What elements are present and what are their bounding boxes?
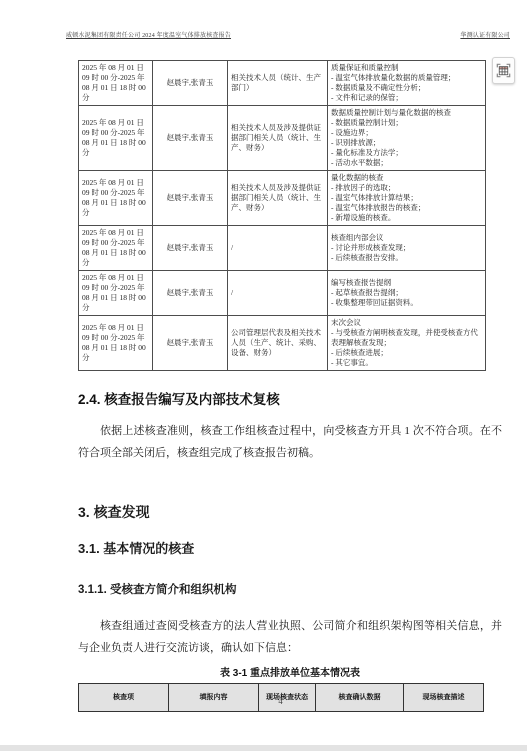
- schedule-table: 2025 年 08 月 01 日 09 时 00 分-2025 年 08 月 0…: [78, 60, 486, 371]
- schedule-content-line: - 设施边界；: [331, 128, 482, 138]
- schedule-row: 2025 年 08 月 01 日 09 时 00 分-2025 年 08 月 0…: [79, 316, 486, 371]
- schedule-time-cell: 2025 年 08 月 01 日 09 时 00 分-2025 年 08 月 0…: [79, 61, 153, 106]
- schedule-content-cell: 编写核查报告提纲- 起草核查报告提纲；- 收集整理带回证据资料。: [328, 271, 486, 316]
- schedule-content-cell: 核查组内部会议- 讨论并形成核查发现；- 后续核查报告安排。: [328, 226, 486, 271]
- page-header: 威顿水泥集团有限责任公司 2024 年度温室气体排放核查报告 华测认证有限公司: [66, 30, 510, 39]
- section-heading-2-4: 2.4. 核查报告编写及内部技术复核: [78, 388, 502, 408]
- schedule-content-line: 核查组内部会议: [331, 233, 482, 243]
- schedule-interviewees-cell: 相关技术人员（统计、生产部门）: [228, 61, 328, 106]
- schedule-time-cell: 2025 年 08 月 01 日 09 时 00 分-2025 年 08 月 0…: [79, 316, 153, 371]
- schedule-auditors-cell: 赵晨宇,张青玉: [153, 271, 228, 316]
- schedule-content-line: 末次会议: [331, 318, 482, 328]
- schedule-interviewees-cell: /: [228, 226, 328, 271]
- schedule-auditors-cell: 赵晨宇,张青玉: [153, 106, 228, 171]
- section-2-4-paragraph: 依据上述核查准则，核查工作组核查过程中，向受核查方开具 1 次不符合项。在不符合…: [78, 420, 502, 464]
- schedule-content-line: - 温室气体排放量化数据的质量管理；: [331, 73, 482, 83]
- schedule-content-line: - 起草核查报告提纲；: [331, 288, 482, 298]
- page-bottom-gap: [0, 745, 527, 751]
- schedule-table-body: 2025 年 08 月 01 日 09 时 00 分-2025 年 08 月 0…: [79, 61, 486, 371]
- schedule-interviewees-cell: 公司管理层代表及相关技术人员（生产、统计、采购、设备、财务）: [228, 316, 328, 371]
- header-report-title: 威顿水泥集团有限责任公司 2024 年度温室气体排放核查报告: [66, 30, 231, 39]
- schedule-content-line: - 活动水平数据；: [331, 158, 482, 168]
- schedule-content-cell: 末次会议- 与受核查方阐明核查发现，并使受核查方代表理解核查发现；- 后续核查进…: [328, 316, 486, 371]
- header-company-name: 华测认证有限公司: [460, 30, 510, 39]
- schedule-content-line: 量化数据的核查: [331, 173, 482, 183]
- schedule-content-line: - 数据质量控制计划；: [331, 118, 482, 128]
- schedule-row: 2025 年 08 月 01 日 09 时 00 分-2025 年 08 月 0…: [79, 226, 486, 271]
- schedule-content-cell: 质量保证和质量控制- 温室气体排放量化数据的质量管理；- 数据质量及不确定性分析…: [328, 61, 486, 106]
- schedule-content-line: 数据质量控制计划与量化数据的核查: [331, 108, 482, 118]
- schedule-time-cell: 2025 年 08 月 01 日 09 时 00 分-2025 年 08 月 0…: [79, 106, 153, 171]
- schedule-content-cell: 量化数据的核查- 排放因子的选取；- 温室气体排放计算结果；- 温室气体排放报告…: [328, 171, 486, 226]
- page-number: 4: [78, 696, 483, 706]
- schedule-content-cell: 数据质量控制计划与量化数据的核查- 数据质量控制计划；- 设施边界；- 识别排放…: [328, 106, 486, 171]
- schedule-content-line: - 温室气体排放报告的核查；: [331, 203, 482, 213]
- schedule-row: 2025 年 08 月 01 日 09 时 00 分-2025 年 08 月 0…: [79, 171, 486, 226]
- schedule-interviewees-cell: 相关技术人员及涉及提供证据部门相关人员（统计、生产、财务）: [228, 106, 328, 171]
- section-heading-3-1-1: 3.1.1. 受核查方简介和组织机构: [78, 581, 502, 597]
- schedule-content-line: - 收集整理带回证据资料。: [331, 298, 482, 308]
- schedule-time-cell: 2025 年 08 月 01 日 09 时 00 分-2025 年 08 月 0…: [79, 226, 153, 271]
- section-heading-3-1: 3.1. 基本情况的核查: [78, 538, 502, 557]
- schedule-content-line: - 排放因子的选取；: [331, 183, 482, 193]
- schedule-content-line: - 其它事宜。: [331, 358, 482, 368]
- schedule-content-line: - 后续核查报告安排。: [331, 253, 482, 263]
- section-3-1-1-paragraph: 核查组通过查阅受核查方的法人营业执照、公司简介和组织架构图等相关信息，并与企业负…: [78, 615, 502, 659]
- schedule-auditors-cell: 赵晨宇,张青玉: [153, 226, 228, 271]
- schedule-content-line: - 数据质量及不确定性分析；: [331, 83, 482, 93]
- document-page: { "header": { "left": "威顿水泥集团有限责任公司 2024…: [0, 0, 527, 751]
- schedule-row: 2025 年 08 月 01 日 09 时 00 分-2025 年 08 月 0…: [79, 106, 486, 171]
- schedule-content-line: - 讨论并形成核查发现；: [331, 243, 482, 253]
- schedule-row: 2025 年 08 月 01 日 09 时 00 分-2025 年 08 月 0…: [79, 271, 486, 316]
- schedule-content-line: - 后续核查进展；: [331, 348, 482, 358]
- schedule-content-line: - 识别排放源；: [331, 138, 482, 148]
- schedule-content-line: 编写核查报告提纲: [331, 278, 482, 288]
- section-heading-3: 3. 核查发现: [78, 502, 502, 522]
- schedule-row: 2025 年 08 月 01 日 09 时 00 分-2025 年 08 月 0…: [79, 61, 486, 106]
- schedule-content-line: - 量化标准及方法学；: [331, 148, 482, 158]
- schedule-content-line: - 温室气体排放计算结果；: [331, 193, 482, 203]
- schedule-auditors-cell: 赵晨宇,张青玉: [153, 171, 228, 226]
- schedule-content-line: 质量保证和质量控制: [331, 63, 482, 73]
- document-body: 2025 年 08 月 01 日 09 时 00 分-2025 年 08 月 0…: [78, 60, 502, 712]
- schedule-content-line: - 文件和记录的保管；: [331, 93, 482, 103]
- schedule-interviewees-cell: /: [228, 271, 328, 316]
- schedule-auditors-cell: 赵晨宇,张青玉: [153, 61, 228, 106]
- schedule-content-line: - 与受核查方阐明核查发现，并使受核查方代表理解核查发现；: [331, 328, 482, 348]
- schedule-auditors-cell: 赵晨宇,张青玉: [153, 316, 228, 371]
- schedule-time-cell: 2025 年 08 月 01 日 09 时 00 分-2025 年 08 月 0…: [79, 271, 153, 316]
- schedule-content-line: - 新增设施的核查。: [331, 213, 482, 223]
- schedule-time-cell: 2025 年 08 月 01 日 09 时 00 分-2025 年 08 月 0…: [79, 171, 153, 226]
- schedule-interviewees-cell: 相关技术人员及涉及提供证据部门相关人员（统计、生产、财务）: [228, 171, 328, 226]
- basic-table-caption: 表 3-1 重点排放单位基本情况表: [78, 664, 502, 679]
